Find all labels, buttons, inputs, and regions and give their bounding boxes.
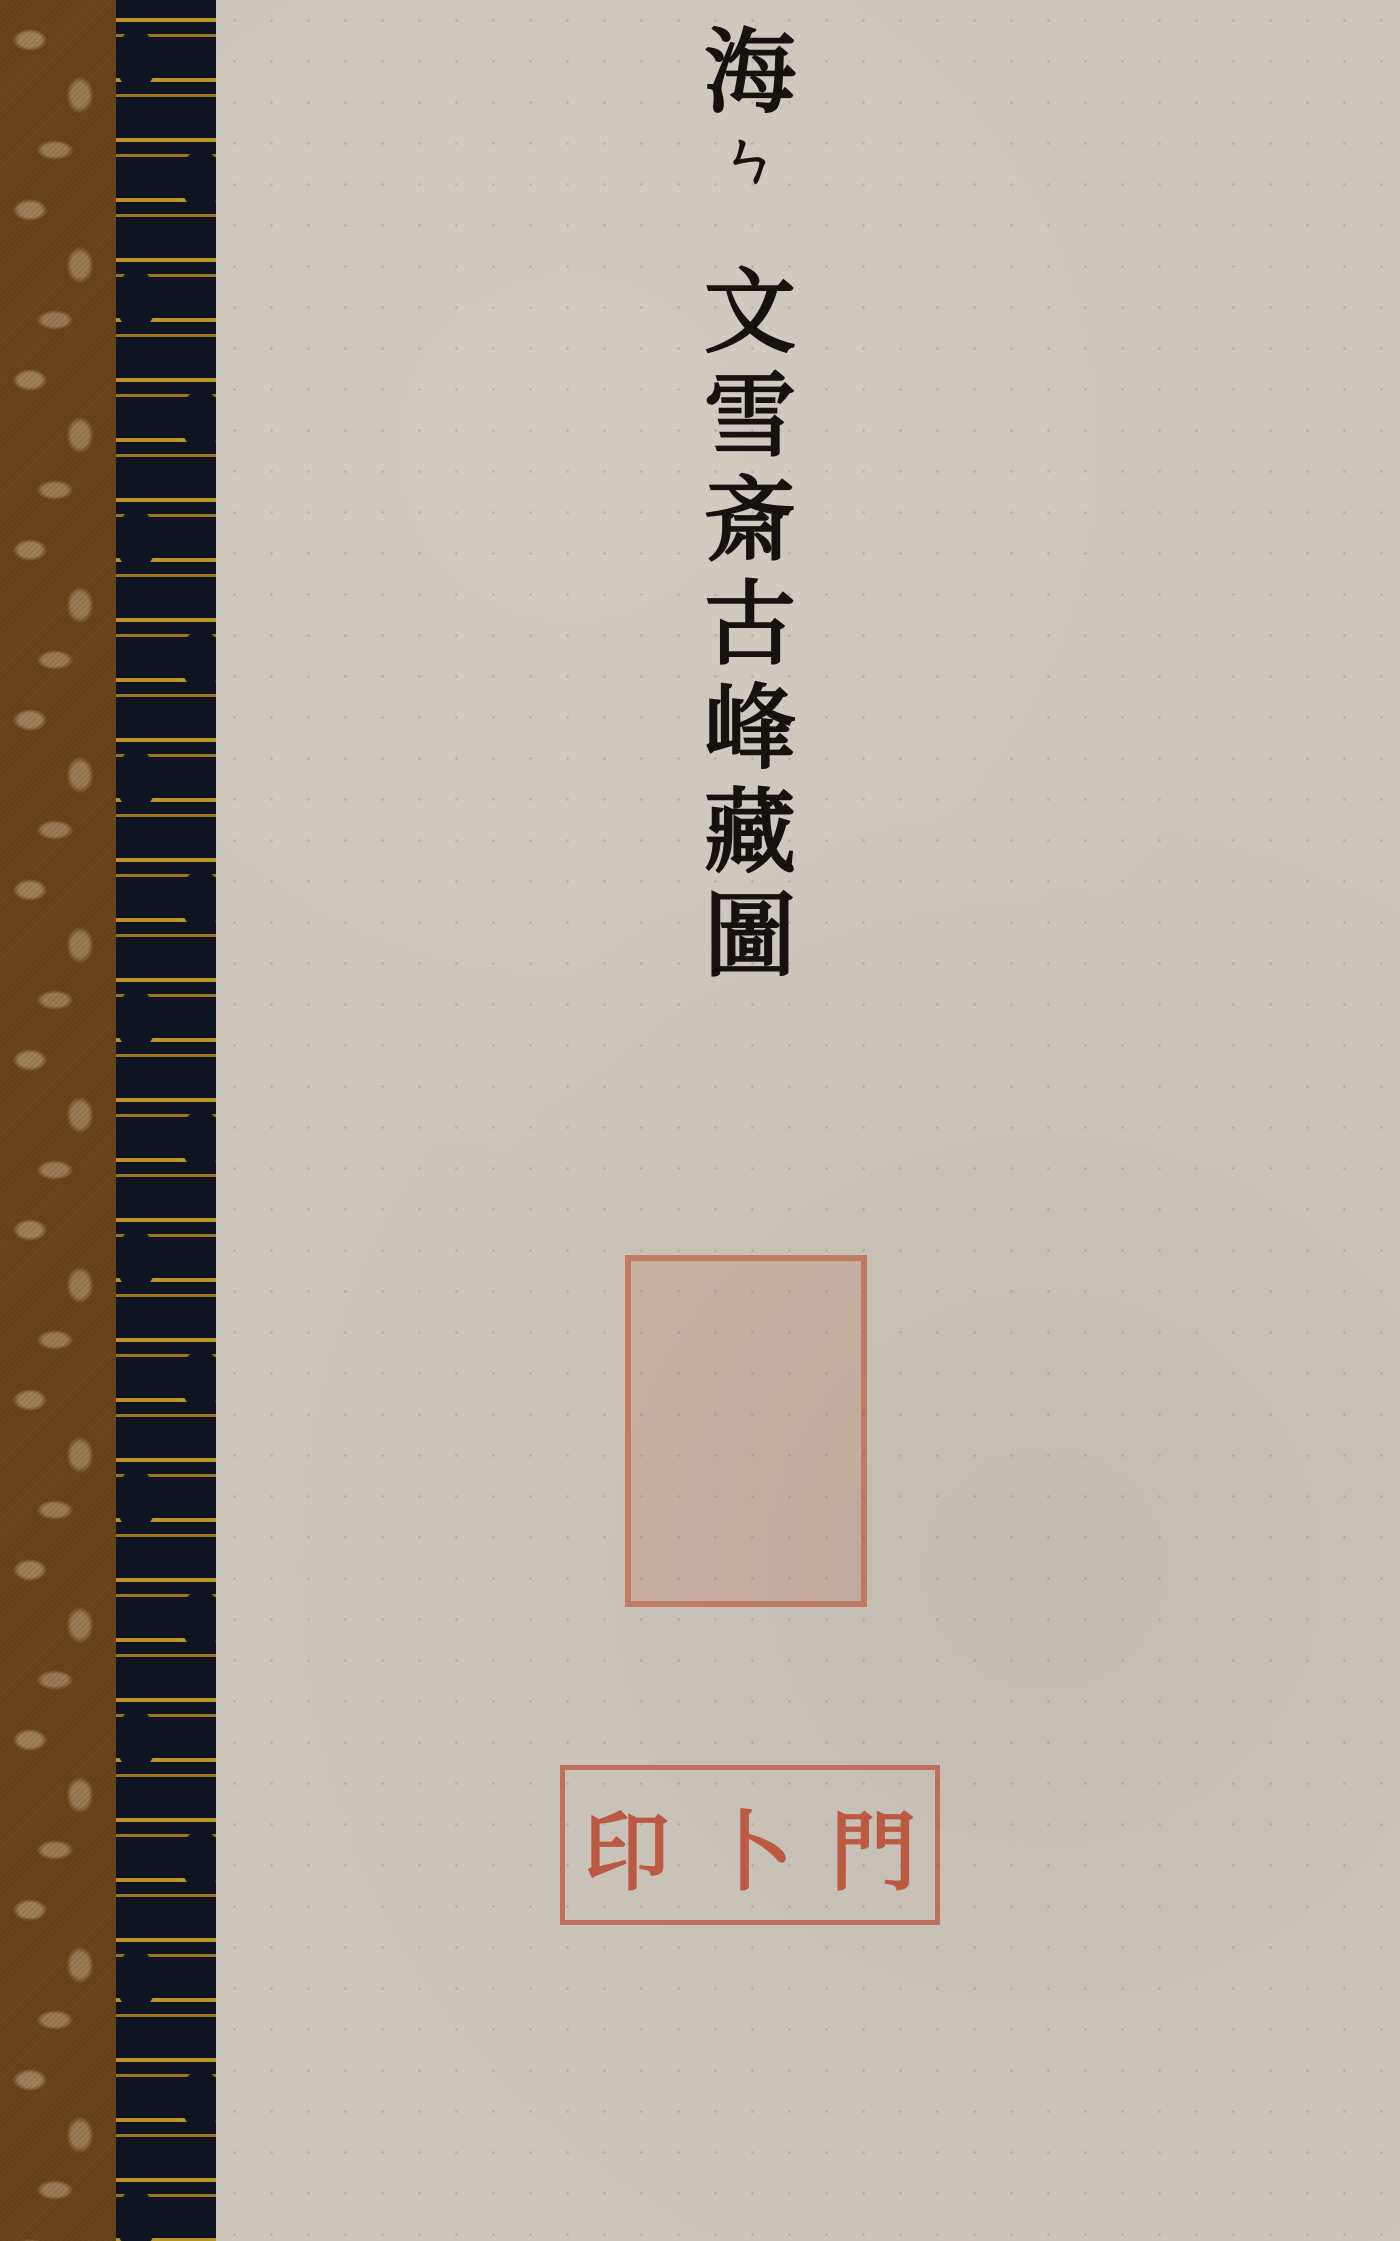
red-seal-bottom: 印 卜 門 (560, 1765, 940, 1925)
inscription-char: 文 (704, 266, 796, 358)
red-seal-overlapping (625, 1255, 867, 1607)
inscription-char: 斎 (704, 474, 796, 566)
inscription-char: 峰 (704, 682, 796, 774)
inscription-char: 古 (704, 578, 796, 670)
calligraphy-inscription: 海 ㄣ 文 雪 斎 古 峰 藏 圖 (660, 20, 840, 988)
seal-char: 卜 (707, 1783, 793, 1907)
outer-brocade-border (0, 0, 116, 2241)
seal-char: 印 (584, 1783, 670, 1907)
gold-brocade-band (116, 0, 216, 2241)
inscription-char: 圖 (704, 890, 796, 982)
seal-char: 門 (830, 1783, 916, 1907)
inscription-char: 海 (704, 26, 796, 118)
inscription-char: ㄣ (720, 130, 780, 190)
inscription-char: 雪 (704, 370, 796, 462)
inscription-char: 藏 (704, 786, 796, 878)
